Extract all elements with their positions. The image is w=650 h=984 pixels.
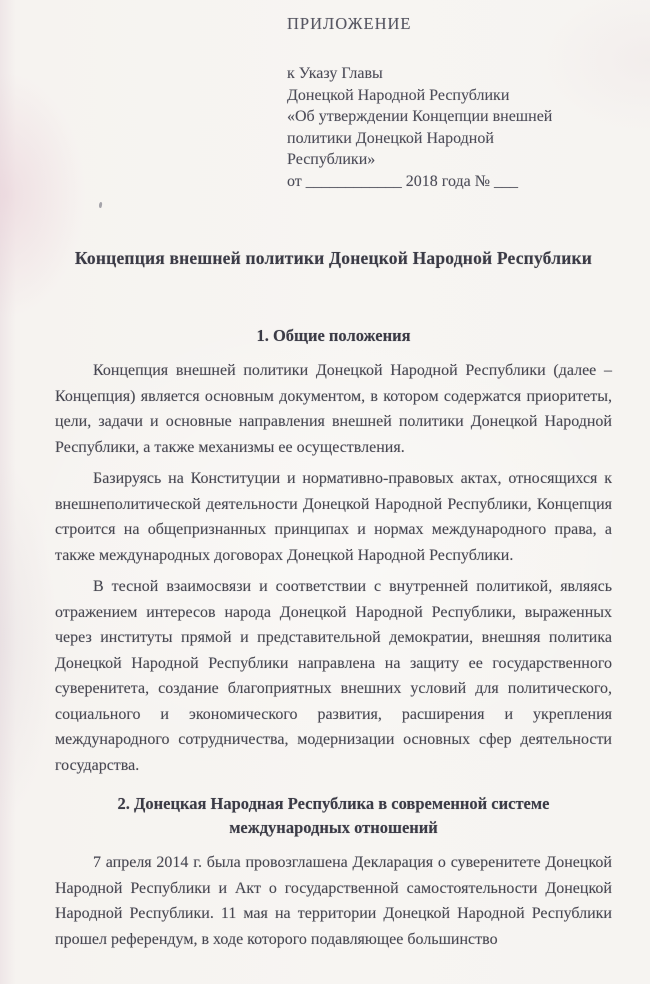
decree-reference-block: к Указу Главы Донецкой Народной Республи… (287, 63, 612, 192)
section-heading: 2. Донецкая Народная Республика в соврем… (61, 792, 606, 840)
paragraph: Базируясь на Конституции и нормативно-пр… (55, 466, 612, 568)
paragraph: В тесной взаимосвязи и соответствии с вн… (55, 574, 612, 778)
decree-date-number-line: от ____________ 2018 года № ___ (287, 171, 612, 193)
decree-reference-line: «Об утверждении Концепции внешней (287, 106, 612, 128)
section-heading: 1. Общие положения (61, 324, 606, 348)
decree-reference-line: Донецкой Народной Республики (287, 85, 612, 107)
document-page: ПРИЛОЖЕНИЕ к Указу Главы Донецкой Народн… (0, 0, 650, 952)
decree-reference-line: к Указу Главы (287, 63, 612, 85)
document-title: Концепция внешней политики Донецкой Наро… (55, 246, 612, 270)
paragraph: Концепция внешней политики Донецкой Наро… (55, 358, 612, 460)
paragraph: 7 апреля 2014 г. была провозглашена Декл… (55, 850, 612, 952)
scanned-document: { "colors": { "paper": "#f7f5f2", "paper… (0, 0, 650, 984)
document-header-block: ПРИЛОЖЕНИЕ к Указу Главы Донецкой Народн… (287, 14, 612, 192)
decree-reference-line: Республики» (287, 149, 612, 171)
document-body: 1. Общие положенияКонцепция внешней поли… (55, 324, 612, 952)
decree-reference-line: политики Донецкой Народной (287, 128, 612, 150)
appendix-label: ПРИЛОЖЕНИЕ (287, 14, 612, 34)
